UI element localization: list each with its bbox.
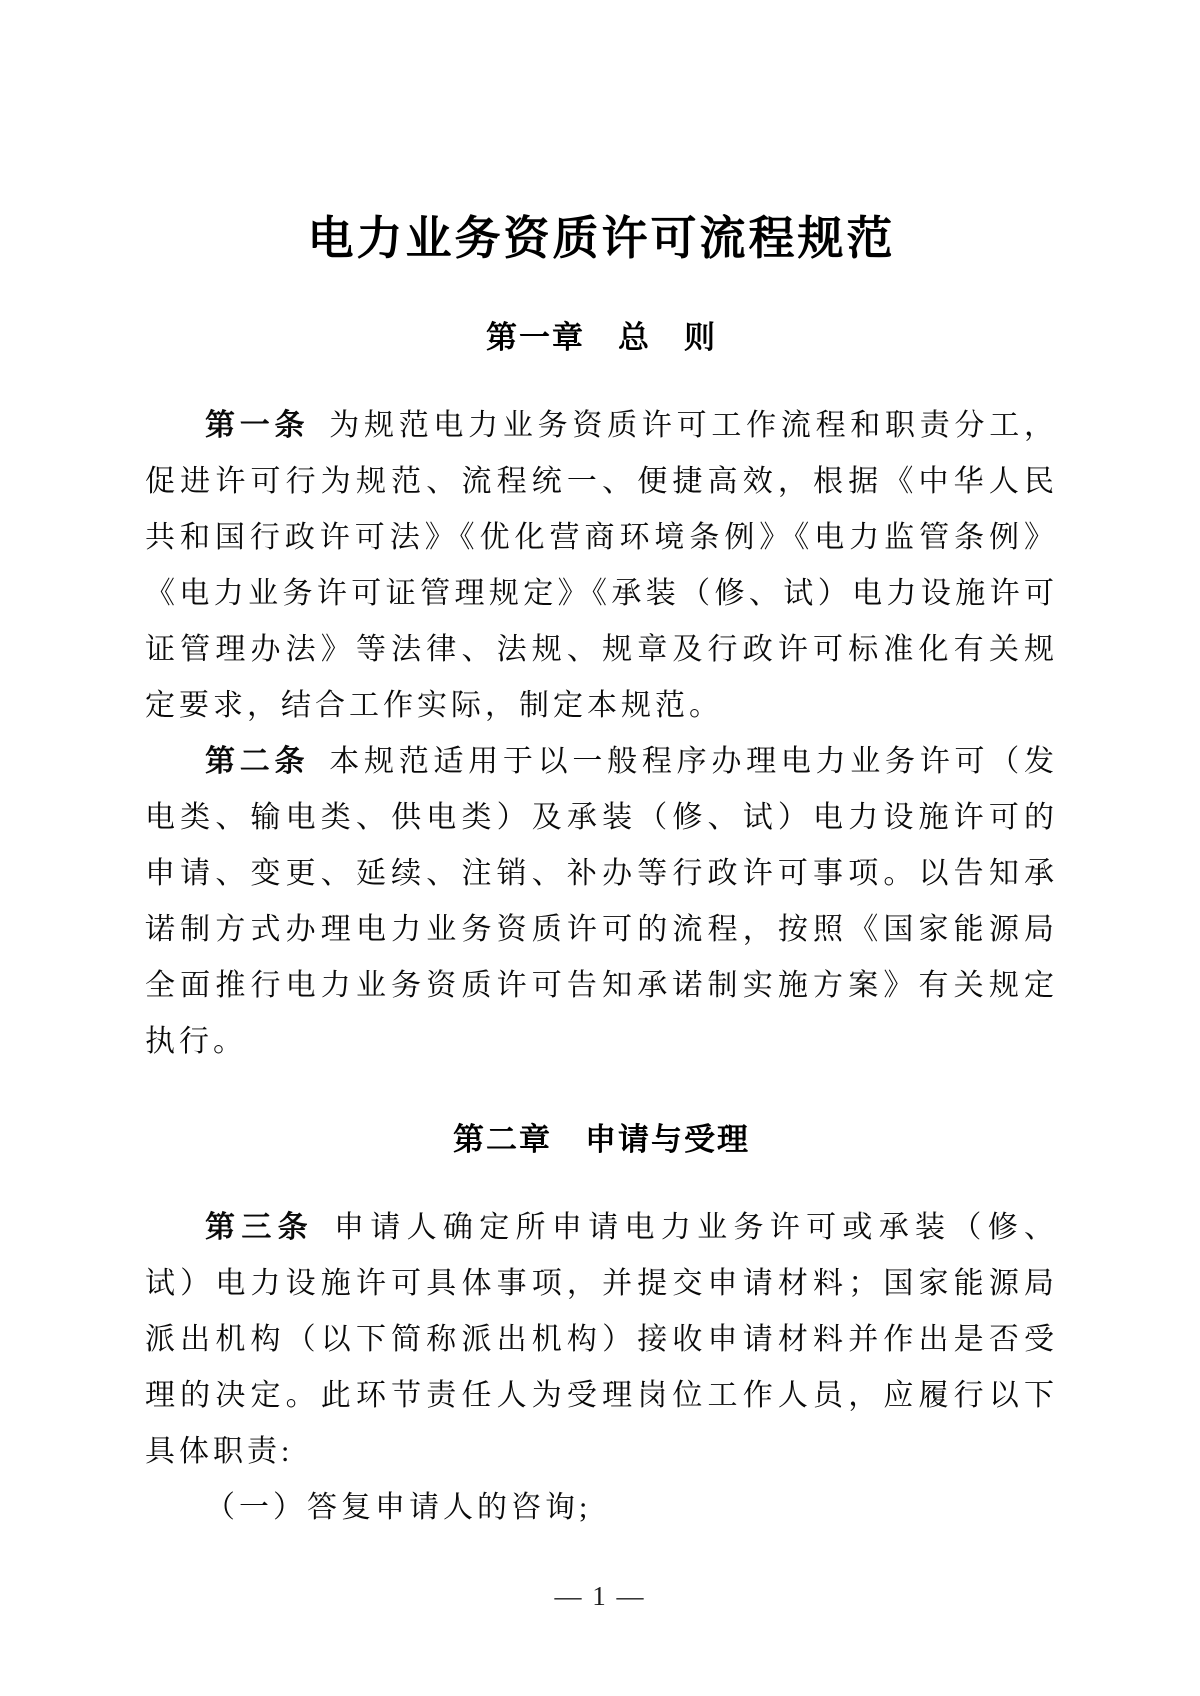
article-1-paragraph: 第一条为规范电力业务资质许可工作流程和职责分工，促进许可行为规范、流程统一、便捷… <box>145 398 1058 734</box>
article-3-text: 申请人确定所申请电力业务许可或承装（修、试）电力设施许可具体事项，并提交申请材料… <box>145 1211 1058 1468</box>
article-3-paragraph: 第三条申请人确定所申请电力业务许可或承装（修、试）电力设施许可具体事项，并提交申… <box>145 1200 1058 1480</box>
document-page: 电力业务资质许可流程规范 第一章 总 则 第一条为规范电力业务资质许可工作流程和… <box>0 0 1200 1696</box>
article-1-text: 为规范电力业务资质许可工作流程和职责分工，促进许可行为规范、流程统一、便捷高效，… <box>145 409 1058 722</box>
page-number: — 1 — <box>0 1581 1200 1612</box>
chapter-1-heading: 第一章 总 则 <box>145 318 1058 358</box>
article-1-label: 第一条 <box>205 409 309 442</box>
document-title: 电力业务资质许可流程规范 <box>145 210 1058 268</box>
article-2-label: 第二条 <box>205 745 309 778</box>
chapter-2-heading: 第二章 申请与受理 <box>145 1120 1058 1160</box>
article-2-text: 本规范适用于以一般程序办理电力业务许可（发电类、输电类、供电类）及承装（修、试）… <box>145 745 1058 1058</box>
list-item-1: （一）答复申请人的咨询; <box>145 1480 1058 1536</box>
article-3-label: 第三条 <box>205 1211 314 1244</box>
article-2-paragraph: 第二条本规范适用于以一般程序办理电力业务许可（发电类、输电类、供电类）及承装（修… <box>145 734 1058 1070</box>
